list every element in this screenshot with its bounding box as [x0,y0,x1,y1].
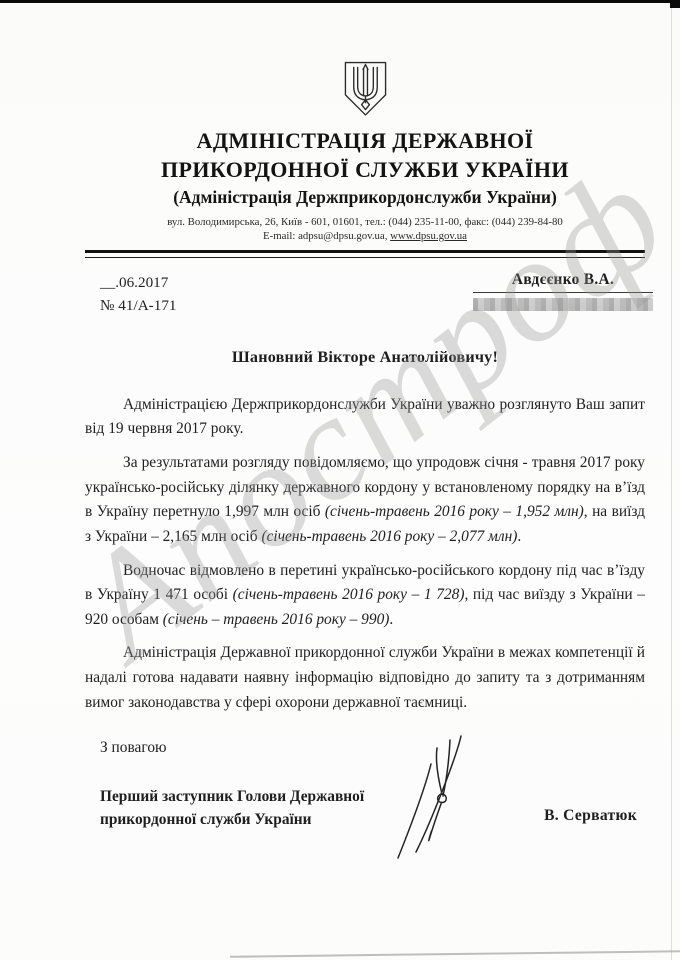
letter-paragraph: Адміністрація Державної прикордонної слу… [85,641,645,715]
scan-edge-bottom [230,950,680,958]
signer-position-line1: Перший заступник Голови Державної [100,788,364,805]
redacted-contact-info [473,298,653,311]
scan-edge-top [0,0,680,3]
addressee-block: Авдєєнко В.А. [473,271,653,318]
address-line: вул. Володимирська, 26, Київ - 601, 0160… [167,216,563,228]
letterhead-rule-thick [85,250,645,253]
website-text: www.dpsu.gov.ua [390,230,467,242]
meta-row: __.06.2017 № 41/А-171 Авдєєнко В.А. [85,271,645,318]
text-segment: Адміністрація Державної прикордонної слу… [85,644,645,710]
org-name-alt: (Адміністрація Держприкордонслужби Украї… [85,187,645,208]
text-segment: . [517,528,521,545]
org-name-line1: АДМІНІСТРАЦІЯ ДЕРЖАВНОЇ [85,126,645,155]
salutation: Шановний Вікторе Анатолійовичу! [85,348,645,367]
text-segment: (січень – травень 2016 року – 990) [163,611,390,628]
text-segment: (січень-травень 2016 року – 1 728) [233,586,465,603]
signature-row: Перший заступник Голови Державної прикор… [85,785,645,831]
scanned-letter-page: Апостроф АДМІНІСТРАЦІЯ ДЕРЖАВНОЇ [0,0,680,960]
org-address: вул. Володимирська, 26, Київ - 601, 0160… [85,215,645,244]
letter-date: __.06.2017 [100,271,177,295]
letter-content: АДМІНІСТРАЦІЯ ДЕРЖАВНОЇ ПРИКОРДОННОЇ СЛУ… [85,0,645,832]
letter-paragraph: Адміністрацією Держприкордонслужби Украї… [85,393,645,442]
letterhead-rule-thin [85,257,645,258]
signer-name: В. Серватюк [544,807,645,831]
letterhead: АДМІНІСТРАЦІЯ ДЕРЖАВНОЇ ПРИКОРДОННОЇ СЛУ… [85,60,645,258]
letter-body: Адміністрацією Держприкордонслужби Украї… [85,393,645,716]
addressee-name: Авдєєнко В.А. [473,271,653,293]
scan-edge-right [671,0,672,960]
text-segment: (січень-травень 2016 року – 2,077 млн) [261,528,517,545]
letter-paragraph: За результатами розгляду повідомляємо, щ… [85,451,645,550]
text-segment: Адміністрацією Держприкордонслужби Украї… [85,396,645,438]
org-name-line2: ПРИКОРДОННОЇ СЛУЖБИ УКРАЇНИ [85,155,645,184]
trident-emblem-icon [342,60,389,118]
signer-position-line2: прикордонної служби України [100,811,312,828]
signer-position: Перший заступник Голови Державної прикор… [85,785,364,831]
handwritten-signature [385,726,467,866]
closing-phrase: З повагою [85,739,645,757]
text-segment: (січень-травень 2016 року – 1,952 млн) [325,503,584,520]
scan-edge-corner [670,0,680,8]
letter-number: № 41/А-171 [100,294,177,318]
letter-paragraph: Водночас відмовлено в перетині українськ… [85,559,645,633]
email-text: E-mail: adpsu@dpsu.gov.ua, [263,230,390,242]
text-segment: . [389,611,393,628]
reference-block: __.06.2017 № 41/А-171 [85,271,177,318]
